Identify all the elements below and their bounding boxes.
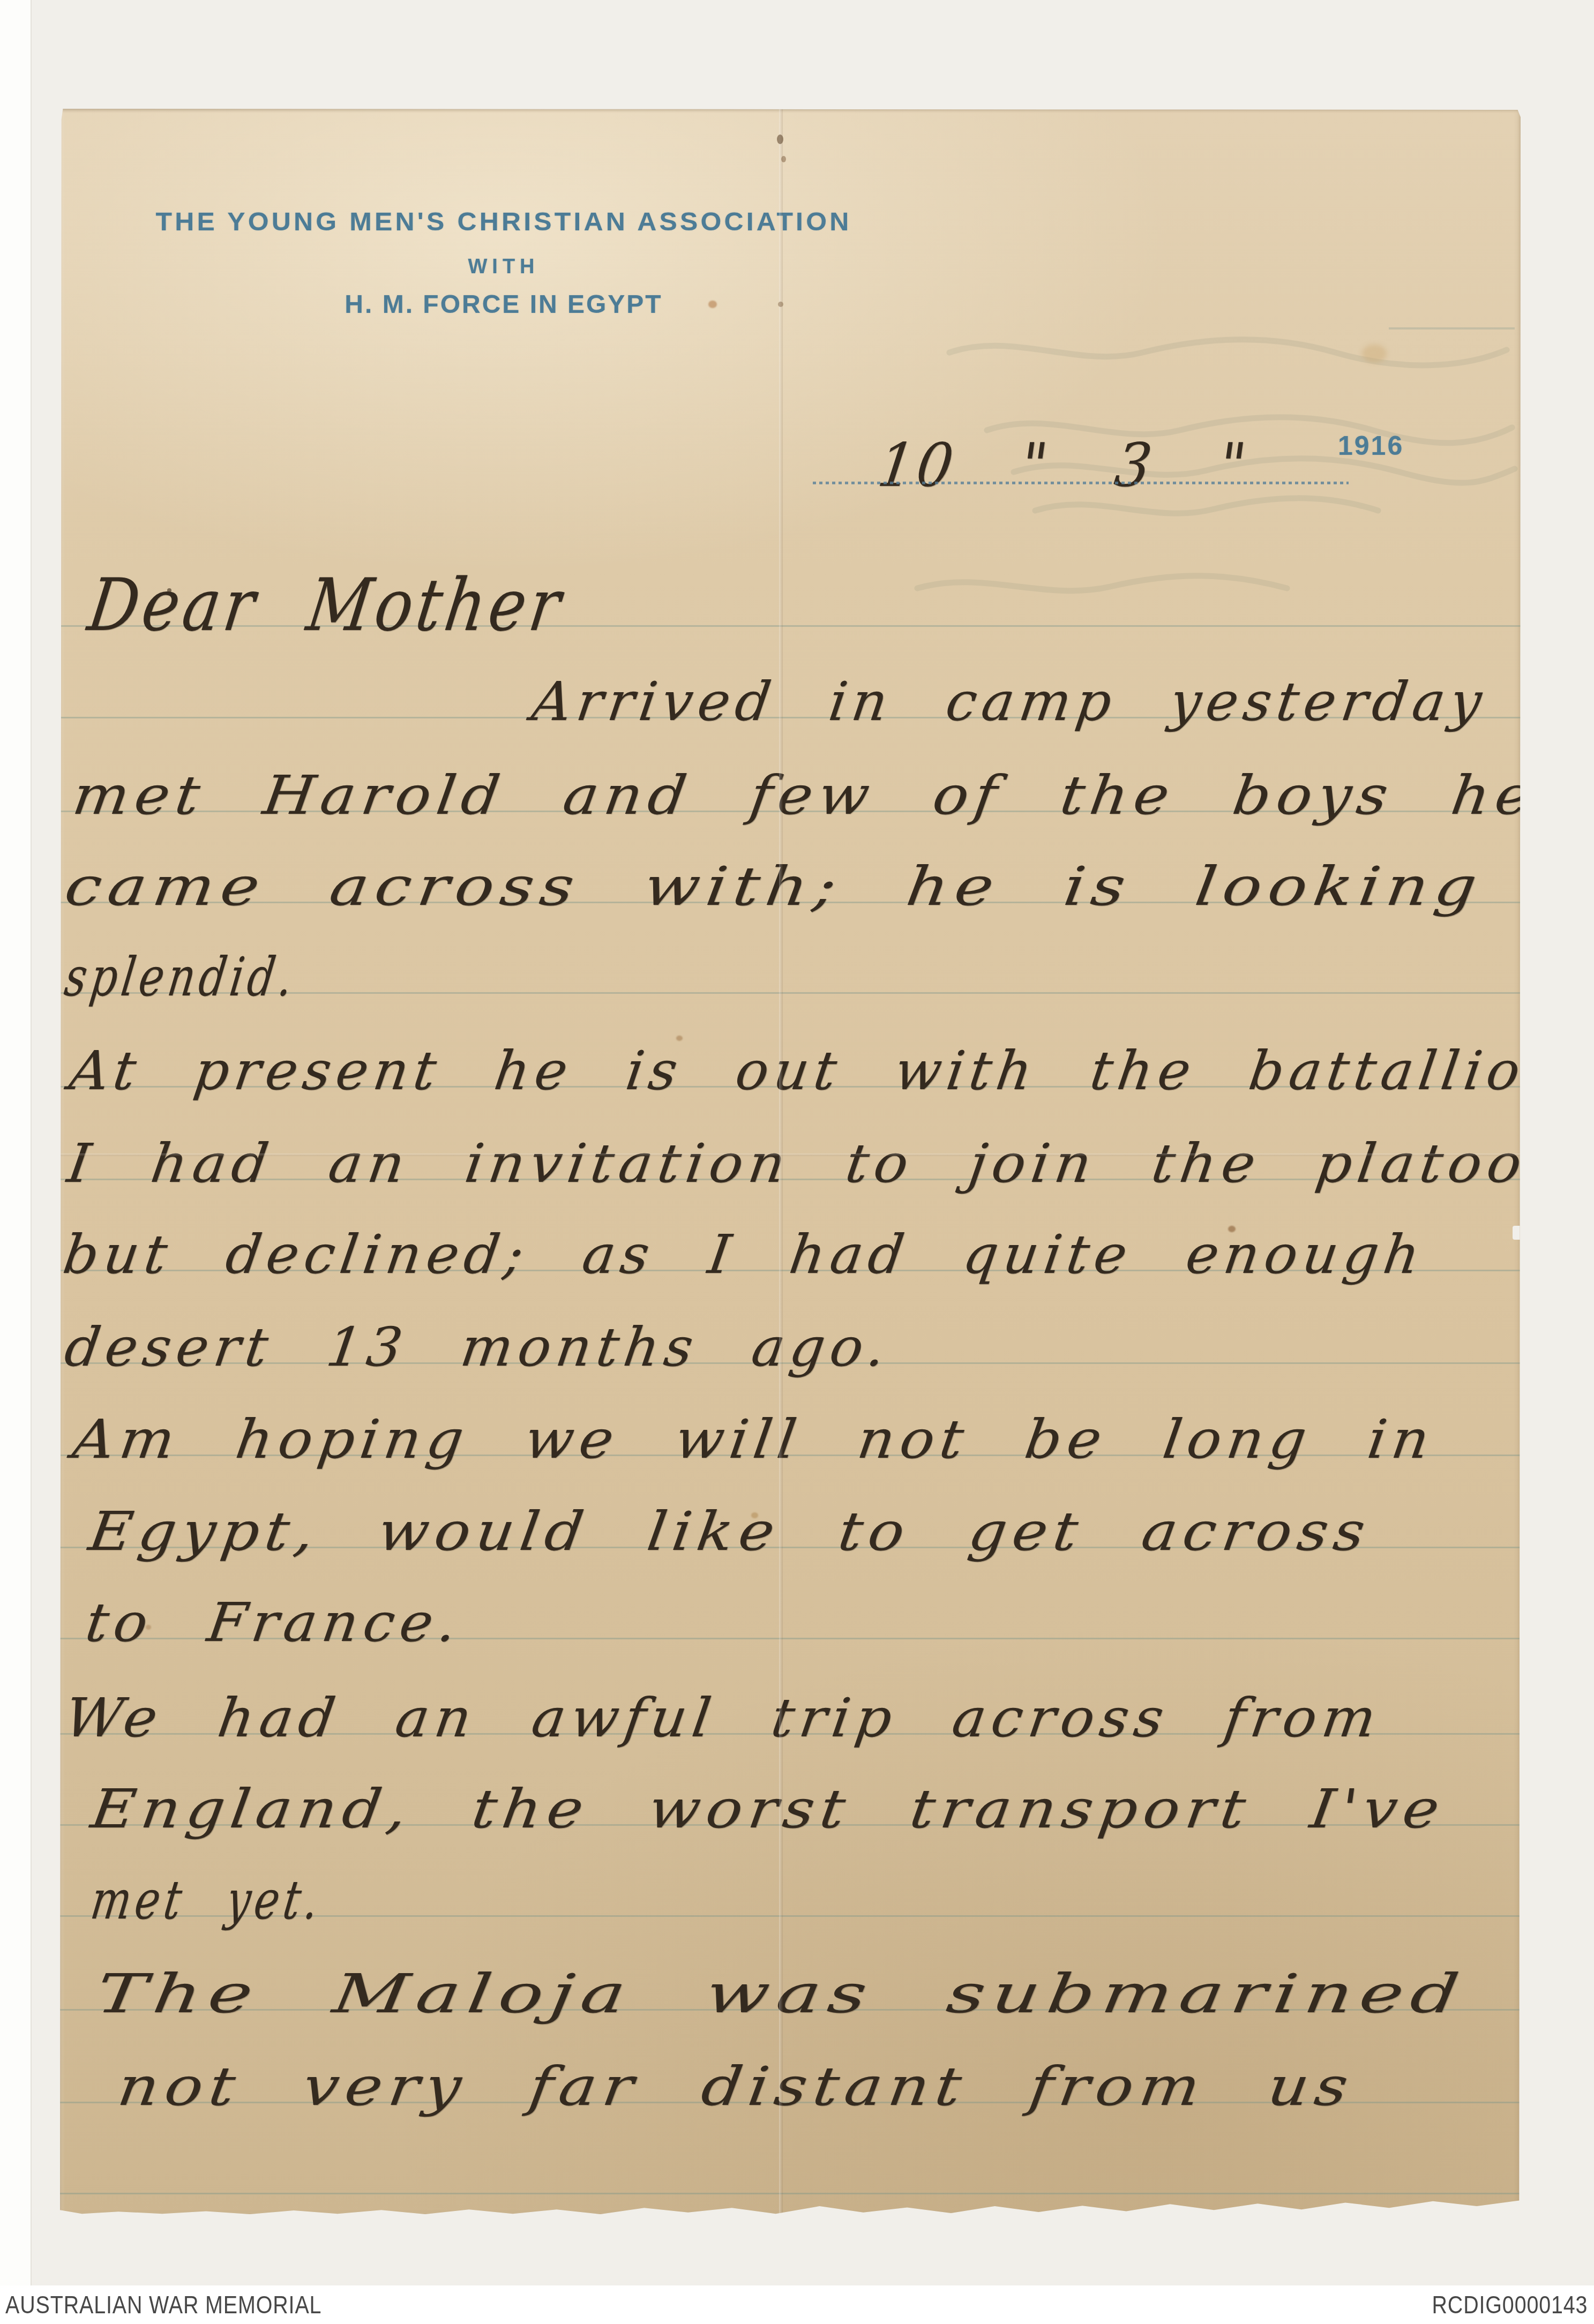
printed-date-rule <box>813 482 1349 484</box>
letter-line: to France. <box>83 1596 465 1650</box>
paper-speck <box>777 134 783 144</box>
scanner-edge-strip <box>0 0 32 2324</box>
letter-line: met yet. <box>88 1873 326 1927</box>
letter-line: came across with; he is looking <box>62 860 1486 913</box>
printed-year: 1916 <box>1338 430 1404 461</box>
letter-line: desert 13 months ago. <box>62 1321 894 1374</box>
archive-footer-bar: AUSTRALIAN WAR MEMORIAL RCDIG0000143 <box>0 2285 1594 2324</box>
handwritten-date: 10 " 3 " <box>874 436 1252 496</box>
letter-paper: THE YOUNG MEN'S CHRISTIAN ASSOCIATION WI… <box>60 109 1521 2214</box>
letter-line: splendid. <box>62 950 300 1004</box>
scan-viewport: THE YOUNG MEN'S CHRISTIAN ASSOCIATION WI… <box>0 0 1594 2324</box>
letter-line: but declined; as I had quite enough <box>60 1228 1428 1281</box>
stain <box>1362 344 1387 363</box>
edge-notch <box>1513 1226 1522 1240</box>
letter-line: Egypt, would like to get across <box>86 1505 1374 1558</box>
archive-item-id: RCDIG0000143 <box>1432 2290 1588 2319</box>
letterhead-line1: THE YOUNG MEN'S CHRISTIAN ASSOCIATION <box>86 207 922 237</box>
archive-name: AUSTRALIAN WAR MEMORIAL <box>5 2290 321 2319</box>
letter-line: The Maloja was submarined <box>93 1967 1469 2021</box>
letterhead-line2: WITH <box>102 256 905 279</box>
letter-line: We had an awful trip across from <box>62 1691 1385 1745</box>
salutation: Dear Mother <box>84 569 568 641</box>
letter-line: Am hoping we will not be long in <box>70 1413 1438 1466</box>
letter-line: Arrived in camp yesterday <box>529 675 1490 729</box>
letter-line: At present he is out with the battallion <box>66 1044 1569 1098</box>
letter-line: met Harold and few of the boys he <box>70 769 1540 822</box>
letter-line: England, the worst transport I've <box>88 1782 1449 1836</box>
letter-line: I had an invitation to join the platoon <box>64 1137 1572 1190</box>
ruled-line <box>60 2193 1521 2194</box>
paper-speck <box>781 156 786 162</box>
letterhead-line3: H. M. FORCE IN EGYPT <box>102 290 905 319</box>
letter-line: not very far distant from us <box>115 2060 1358 2113</box>
